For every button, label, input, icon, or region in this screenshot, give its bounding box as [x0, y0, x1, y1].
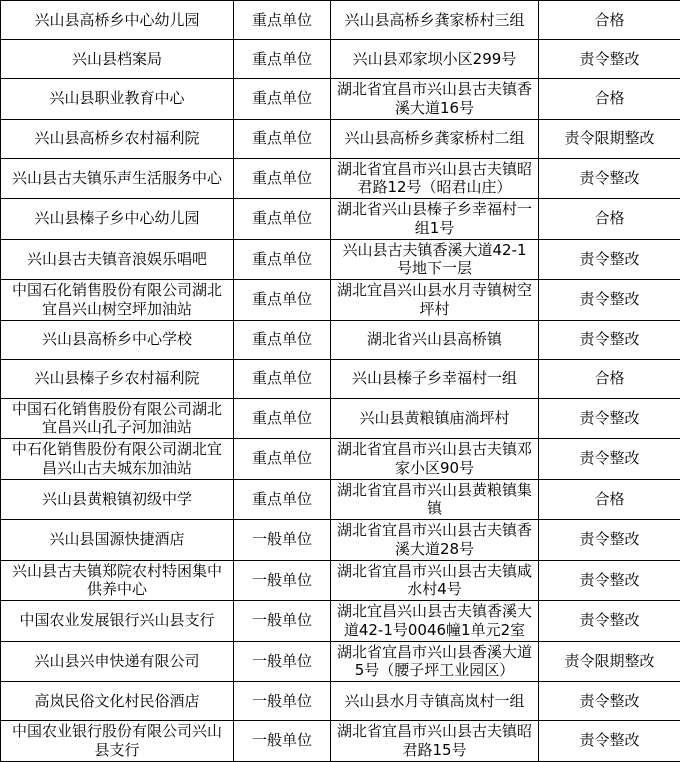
- unit-type-cell: 重点单位: [234, 79, 331, 120]
- result-cell: 责令整改: [539, 520, 680, 561]
- unit-name-cell: 兴山县古夫镇音浪娱乐唱吧: [1, 239, 234, 280]
- unit-name-cell: 中石化销售股份有限公司湖北宜昌兴山古夫城东加油站: [1, 439, 234, 480]
- unit-name-cell: 兴山县高桥乡中心学校: [1, 320, 234, 359]
- result-cell: 责令整改: [539, 682, 680, 721]
- unit-type-cell: 一般单位: [234, 601, 331, 642]
- unit-name-cell: 高岚民俗文化村民俗酒店: [1, 682, 234, 721]
- unit-type-cell: 一般单位: [234, 560, 331, 601]
- result-cell: 合格: [539, 479, 680, 520]
- result-cell: 责令整改: [539, 158, 680, 199]
- result-cell: 合格: [539, 359, 680, 398]
- result-cell: 责令整改: [539, 398, 680, 439]
- address-cell: 湖北省宜昌市兴山县古夫镇香溪大道28号: [331, 520, 539, 561]
- unit-name-cell: 中国农业发展银行兴山县支行: [1, 601, 234, 642]
- result-cell: 责令整改: [539, 40, 680, 79]
- address-cell: 湖北宜昌兴山县水月寺镇树空坪村: [331, 280, 539, 321]
- unit-type-cell: 重点单位: [234, 359, 331, 398]
- unit-name-cell: 兴山县榛子乡中心幼儿园: [1, 199, 234, 240]
- address-cell: 湖北省宜昌市兴山县古夫镇昭君路12号（昭君山庄）: [331, 158, 539, 199]
- table-row: 兴山县兴申快递有限公司 一般单位 湖北省宜昌市兴山县香溪大道5号（腰子坪工业园区…: [1, 641, 680, 682]
- unit-name-cell: 兴山县高桥乡农村福利院: [1, 119, 234, 158]
- address-cell: 兴山县榛子乡幸福村一组: [331, 359, 539, 398]
- unit-name-cell: 兴山县职业教育中心: [1, 79, 234, 120]
- unit-type-cell: 重点单位: [234, 40, 331, 79]
- result-cell: 合格: [539, 79, 680, 120]
- unit-type-cell: 重点单位: [234, 1, 331, 40]
- unit-name-cell: 中国石化销售股份有限公司湖北宜昌兴山孔子河加油站: [1, 398, 234, 439]
- unit-name-cell: 中国石化销售股份有限公司湖北宜昌兴山树空坪加油站: [1, 280, 234, 321]
- table-row: 兴山县高桥乡中心幼儿园 重点单位 兴山县高桥乡龚家桥村三组 合格: [1, 1, 680, 40]
- result-cell: 合格: [539, 199, 680, 240]
- table-row: 兴山县古夫镇郑院农村特困集中供养中心 一般单位 湖北省宜昌市兴山县古夫镇咸水村4…: [1, 560, 680, 601]
- table-row: 中石化销售股份有限公司湖北宜昌兴山古夫城东加油站 重点单位 湖北省宜昌市兴山县古…: [1, 439, 680, 480]
- result-cell: 责令整改: [539, 439, 680, 480]
- result-cell: 合格: [539, 1, 680, 40]
- table-row: 中国农业银行股份有限公司兴山县支行 一般单位 湖北省宜昌市兴山县古夫镇昭君路15…: [1, 721, 680, 762]
- address-cell: 兴山县高桥乡龚家桥村二组: [331, 119, 539, 158]
- unit-type-cell: 一般单位: [234, 682, 331, 721]
- unit-name-cell: 兴山县高桥乡中心幼儿园: [1, 1, 234, 40]
- address-cell: 兴山县古夫镇香溪大道42-1号地下一层: [331, 239, 539, 280]
- address-cell: 兴山县水月寺镇高岚村一组: [331, 682, 539, 721]
- unit-type-cell: 重点单位: [234, 119, 331, 158]
- unit-type-cell: 重点单位: [234, 398, 331, 439]
- table-row: 兴山县古夫镇乐声生活服务中心 重点单位 湖北省宜昌市兴山县古夫镇昭君路12号（昭…: [1, 158, 680, 199]
- address-cell: 湖北省宜昌市兴山县古夫镇邓家小区90号: [331, 439, 539, 480]
- unit-name-cell: 兴山县兴申快递有限公司: [1, 641, 234, 682]
- unit-name-cell: 兴山县国源快捷酒店: [1, 520, 234, 561]
- result-cell: 责令限期整改: [539, 641, 680, 682]
- address-cell: 湖北省兴山县高桥镇: [331, 320, 539, 359]
- unit-type-cell: 重点单位: [234, 479, 331, 520]
- table-row: 兴山县榛子乡农村福利院 重点单位 兴山县榛子乡幸福村一组 合格: [1, 359, 680, 398]
- address-cell: 湖北省宜昌市兴山县古夫镇香溪大道16号: [331, 79, 539, 120]
- table-row: 高岚民俗文化村民俗酒店 一般单位 兴山县水月寺镇高岚村一组 责令整改: [1, 682, 680, 721]
- table-row: 中国石化销售股份有限公司湖北宜昌兴山树空坪加油站 重点单位 湖北宜昌兴山县水月寺…: [1, 280, 680, 321]
- result-cell: 责令限期整改: [539, 119, 680, 158]
- result-cell: 责令整改: [539, 560, 680, 601]
- unit-name-cell: 兴山县档案局: [1, 40, 234, 79]
- unit-name-cell: 兴山县古夫镇乐声生活服务中心: [1, 158, 234, 199]
- unit-name-cell: 兴山县榛子乡农村福利院: [1, 359, 234, 398]
- address-cell: 兴山县高桥乡龚家桥村三组: [331, 1, 539, 40]
- result-cell: 责令整改: [539, 320, 680, 359]
- table-row: 中国石化销售股份有限公司湖北宜昌兴山孔子河加油站 重点单位 兴山县黄粮镇庙淌坪村…: [1, 398, 680, 439]
- address-cell: 湖北省宜昌市兴山县黄粮镇集镇: [331, 479, 539, 520]
- unit-name-cell: 兴山县黄粮镇初级中学: [1, 479, 234, 520]
- table-row: 兴山县职业教育中心 重点单位 湖北省宜昌市兴山县古夫镇香溪大道16号 合格: [1, 79, 680, 120]
- table-row: 兴山县国源快捷酒店 一般单位 湖北省宜昌市兴山县古夫镇香溪大道28号 责令整改: [1, 520, 680, 561]
- unit-type-cell: 重点单位: [234, 320, 331, 359]
- table-row: 兴山县古夫镇音浪娱乐唱吧 重点单位 兴山县古夫镇香溪大道42-1号地下一层 责令…: [1, 239, 680, 280]
- address-cell: 湖北省宜昌市兴山县香溪大道5号（腰子坪工业园区）: [331, 641, 539, 682]
- table-row: 兴山县高桥乡农村福利院 重点单位 兴山县高桥乡龚家桥村二组 责令限期整改: [1, 119, 680, 158]
- unit-type-cell: 重点单位: [234, 158, 331, 199]
- table-row: 兴山县高桥乡中心学校 重点单位 湖北省兴山县高桥镇 责令整改: [1, 320, 680, 359]
- address-cell: 湖北宜昌兴山县古夫镇香溪大道42-1号0046幢1单元2室: [331, 601, 539, 642]
- unit-type-cell: 一般单位: [234, 520, 331, 561]
- unit-type-cell: 一般单位: [234, 721, 331, 762]
- address-cell: 兴山县邓家坝小区299号: [331, 40, 539, 79]
- unit-name-cell: 兴山县古夫镇郑院农村特困集中供养中心: [1, 560, 234, 601]
- result-cell: 责令整改: [539, 721, 680, 762]
- unit-type-cell: 重点单位: [234, 439, 331, 480]
- table-row: 兴山县档案局 重点单位 兴山县邓家坝小区299号 责令整改: [1, 40, 680, 79]
- unit-type-cell: 重点单位: [234, 280, 331, 321]
- unit-type-cell: 一般单位: [234, 641, 331, 682]
- address-cell: 兴山县黄粮镇庙淌坪村: [331, 398, 539, 439]
- result-cell: 责令整改: [539, 280, 680, 321]
- inspection-results-table: 兴山县高桥乡中心幼儿园 重点单位 兴山县高桥乡龚家桥村三组 合格 兴山县档案局 …: [0, 0, 680, 762]
- unit-type-cell: 重点单位: [234, 239, 331, 280]
- table-row: 兴山县黄粮镇初级中学 重点单位 湖北省宜昌市兴山县黄粮镇集镇 合格: [1, 479, 680, 520]
- address-cell: 湖北省兴山县榛子乡幸福村一组1号: [331, 199, 539, 240]
- table-row: 中国农业发展银行兴山县支行 一般单位 湖北宜昌兴山县古夫镇香溪大道42-1号00…: [1, 601, 680, 642]
- table-row: 兴山县榛子乡中心幼儿园 重点单位 湖北省兴山县榛子乡幸福村一组1号 合格: [1, 199, 680, 240]
- address-cell: 湖北省宜昌市兴山县古夫镇昭君路15号: [331, 721, 539, 762]
- unit-name-cell: 中国农业银行股份有限公司兴山县支行: [1, 721, 234, 762]
- result-cell: 责令整改: [539, 601, 680, 642]
- unit-type-cell: 重点单位: [234, 199, 331, 240]
- address-cell: 湖北省宜昌市兴山县古夫镇咸水村4号: [331, 560, 539, 601]
- result-cell: 责令整改: [539, 239, 680, 280]
